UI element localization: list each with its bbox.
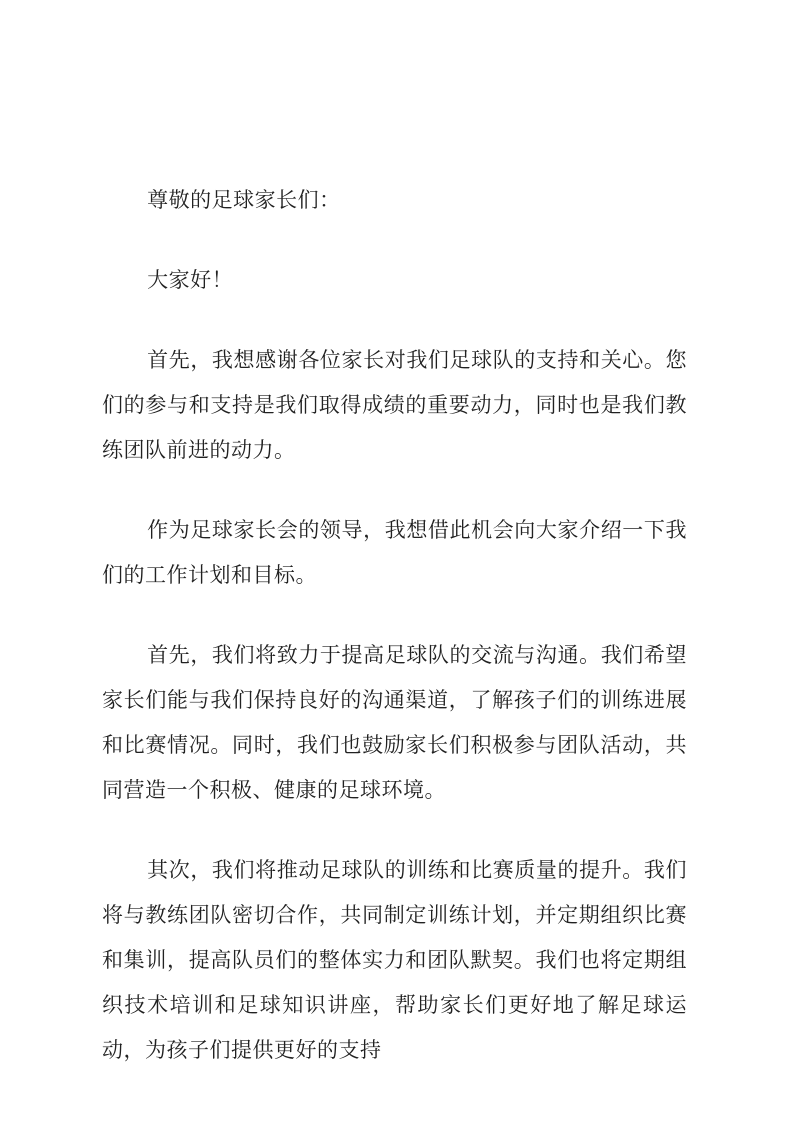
paragraph-communication: 首先，我们将致力于提高足球队的交流与沟通。我们希望家长们能与我们保持良好的沟通渠… [102,633,687,813]
paragraph-thanks: 首先，我想感谢各位家长对我们足球队的支持和关心。您们的参与和支持是我们取得成绩的… [102,338,687,473]
paragraph-intro: 作为足球家长会的领导，我想借此机会向大家介绍一下我们的工作计划和目标。 [102,508,687,598]
paragraph-salutation: 尊敬的足球家长们： [102,178,687,223]
paragraph-training: 其次，我们将推动足球队的训练和比赛质量的提升。我们将与教练团队密切合作，共同制定… [102,848,687,1073]
paragraph-greeting: 大家好！ [102,258,687,303]
document-page: 尊敬的足球家长们： 大家好！ 首先，我想感谢各位家长对我们足球队的支持和关心。您… [0,0,793,1122]
